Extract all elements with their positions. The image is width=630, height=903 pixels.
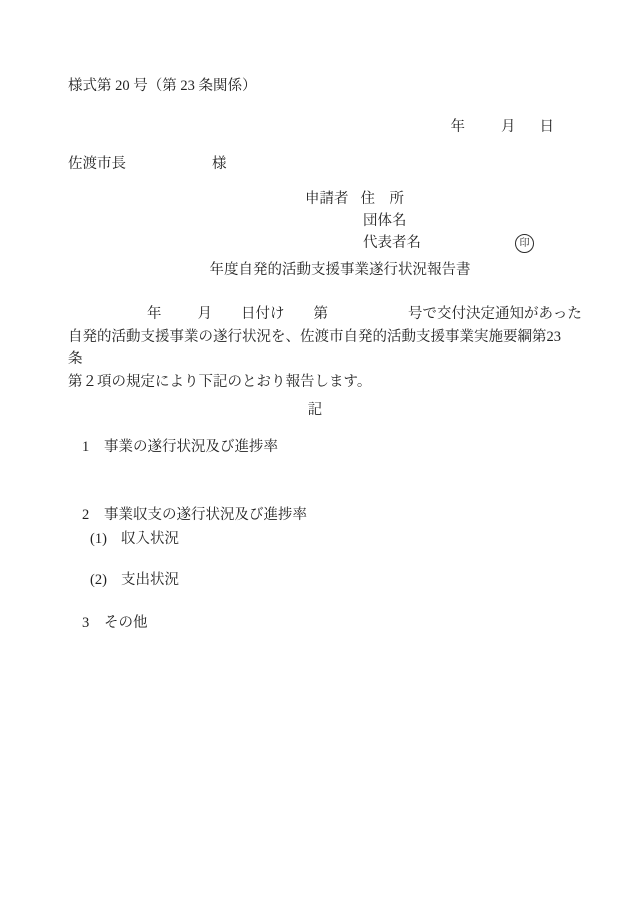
- body-paragraph: 年月日付け第号で交付決定通知があった 自発的活動支援事業の遂行状況を、佐渡市自発…: [68, 303, 562, 393]
- group-name-label: 団体名: [363, 213, 407, 229]
- document-title: 年度自発的活動支援事業遂行状況報告書: [68, 262, 562, 278]
- addressee-name: 佐渡市長: [68, 156, 126, 172]
- items-list: 1事業の遂行状況及び進捗率 2事業収支の遂行状況及び進捗率 (1)収入状況 (2…: [68, 439, 562, 631]
- applicant-block: 申請者住 所 団体名 代表者名印: [305, 188, 562, 254]
- item-1-number: 1: [82, 439, 104, 455]
- item-3-number: 3: [82, 615, 104, 631]
- record-heading: 記: [68, 402, 562, 418]
- applicant-address-row: 申請者住 所: [305, 188, 562, 210]
- item-1-label: 事業の遂行状況及び進捗率: [104, 439, 278, 455]
- item-3: 3その他: [82, 615, 562, 631]
- item-2-sub-2-number: (2): [90, 572, 121, 588]
- body-line-2: 自発的活動支援事業の遂行状況を、佐渡市自発的活動支援事業実施要綱第23条: [68, 326, 562, 371]
- item-3-label: その他: [104, 615, 148, 631]
- form-number: 様式第 20 号（第 23 条関係）: [68, 78, 562, 94]
- item-2-label: 事業収支の遂行状況及び進捗率: [104, 507, 307, 523]
- applicant-representative-row: 代表者名印: [363, 232, 562, 254]
- item-2-sub-1-number: (1): [90, 531, 121, 547]
- body-line-3: 第２項の規定により下記のとおり報告します。: [68, 371, 562, 394]
- item-2-number: 2: [82, 507, 104, 523]
- seal-wrap: 印: [515, 232, 534, 254]
- body-line1-rest: 号で交付決定通知があった: [408, 306, 582, 322]
- seal-mark-icon: 印: [515, 234, 534, 253]
- body-year-label: 年: [147, 306, 162, 322]
- date-month-label: 月: [501, 119, 516, 135]
- item-2: 2事業収支の遂行状況及び進捗率: [82, 507, 562, 523]
- applicant-label: 申請者: [305, 191, 349, 207]
- applicant-group-row: 団体名: [363, 210, 562, 232]
- body-number-prefix: 第: [314, 306, 329, 322]
- item-2-sub-1-label: 収入状況: [121, 531, 179, 547]
- date-day-label: 日: [540, 119, 555, 135]
- body-month-label: 月: [198, 306, 213, 322]
- body-day-suffix: 日付け: [241, 306, 285, 322]
- item-2-sub-2-label: 支出状況: [121, 572, 179, 588]
- item-1: 1事業の遂行状況及び進捗率: [82, 439, 562, 455]
- item-2-sub-2: (2)支出状況: [90, 572, 562, 588]
- representative-label: 代表者名: [363, 235, 421, 251]
- address-label: 住 所: [361, 191, 405, 207]
- item-2-sub-1: (1)収入状況: [90, 531, 562, 547]
- addressee-honorific: 様: [212, 156, 227, 172]
- date-line: 年月日: [68, 119, 562, 135]
- addressee-line: 佐渡市長様: [68, 156, 562, 172]
- date-year-label: 年: [451, 119, 466, 135]
- body-line-1: 年月日付け第号で交付決定通知があった: [68, 303, 562, 326]
- document-page: 様式第 20 号（第 23 条関係） 年月日 佐渡市長様 申請者住 所 団体名 …: [0, 0, 630, 903]
